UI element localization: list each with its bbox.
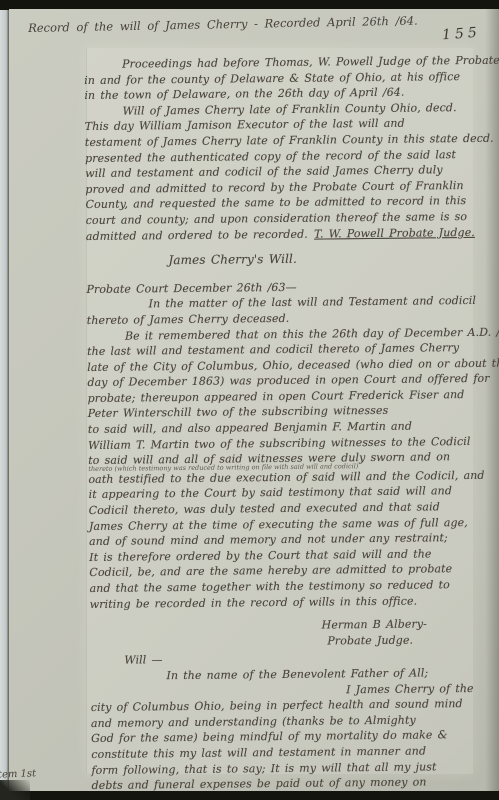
text-line-left: admitted and ordered to be recorded.: [86, 226, 308, 244]
document-lines: Proceedings had before Thomas, W. Powell…: [84, 53, 481, 794]
judge-signature-inline: T. W. Powell Probate Judge.: [314, 224, 475, 241]
text-line: writing be recorded in the record of wil…: [90, 592, 479, 612]
text-line: James Cherry's Will.: [86, 250, 475, 270]
book-edge: [0, 10, 9, 790]
document-photo: 155 Record of the will of James Cherry -…: [0, 0, 499, 800]
margin-note-item-1: Item 1st: [0, 768, 36, 780]
text-line: admitted and ordered to be recorded.T. W…: [86, 224, 475, 244]
page-number: 155: [442, 25, 482, 44]
text-line: Probate Judge.: [90, 632, 479, 652]
corner-shadow: [0, 780, 30, 800]
